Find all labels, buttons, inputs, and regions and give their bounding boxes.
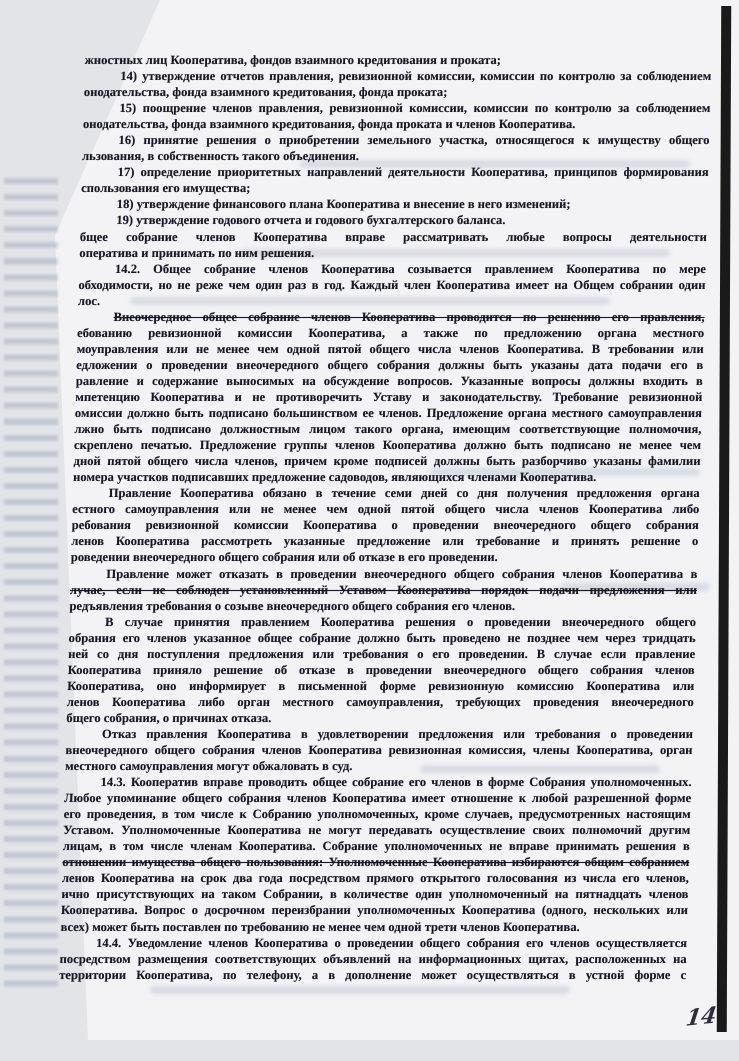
text-line: дной пятой общего числа членов, причем к… xyxy=(73,453,700,469)
text-line: Любое упоминание общего собрания членов … xyxy=(64,790,691,806)
text-line: ебованию ревизионной комиссии Кооператив… xyxy=(77,325,704,341)
text-line: 15) поощрение членов правления, ревизион… xyxy=(83,100,710,116)
scanned-page: жностных лиц Кооператива, фондов взаимно… xyxy=(0,0,739,1061)
text-line: территории Кооператива, по телефону, а в… xyxy=(59,967,686,983)
text-line: лжно быть подписано должностным лицом та… xyxy=(74,421,701,437)
text-line: ленов Кооператива рассмотреть указанные … xyxy=(71,533,698,549)
text-line: обрания его членов указанное общее собра… xyxy=(68,630,695,646)
text-line: мпетенцию Кооператива и не противоречить… xyxy=(75,389,702,405)
text-line: Правление может отказать в проведении вн… xyxy=(70,566,697,582)
text-line: 16) принятие решения о приобретении земе… xyxy=(82,132,709,148)
text-line: онодательства, фонда взаимного кредитова… xyxy=(83,116,710,132)
bleed-through-mark xyxy=(150,986,570,994)
text-line: льзования, в собственность такого объеди… xyxy=(82,148,709,164)
text-line: бщего собрания, о причинах отказа. xyxy=(66,710,693,726)
text-line: Отказ правления Кооператива в удовлетвор… xyxy=(66,726,693,742)
document-text: жностных лиц Кооператива, фондов взаимно… xyxy=(59,52,712,983)
text-line: моуправления или не менее чем одной пято… xyxy=(76,341,703,357)
handwritten-page-number: 14 xyxy=(684,1002,718,1032)
text-line: роведении внеочередного общего собрания … xyxy=(71,549,698,565)
text-line: 14.3. Кооператив вправе проводить общее … xyxy=(64,774,691,790)
text-line: ленов Кооператива на срок два года посре… xyxy=(62,870,689,886)
text-line: посредством размещения соответствующих о… xyxy=(59,951,686,967)
text-line: редъявления требования о созыве внеочере… xyxy=(69,598,696,614)
text-line: 18) утверждение финансового плана Коопер… xyxy=(81,196,708,212)
text-line: обходимости, но не реже чем один раз в г… xyxy=(78,277,705,293)
text-line: его проведения, в том числе к Собранию у… xyxy=(63,806,690,822)
text-line: всех) может быть поставлен по требованию… xyxy=(60,919,687,935)
text-line: равление и содержание выносимых на обсуж… xyxy=(76,373,703,389)
text-line: Кооператива. Вопрос о досрочном переизбр… xyxy=(61,902,688,918)
text-line: естного самоуправления или не менее чем … xyxy=(72,501,699,517)
text-line: 14.2. Общее собрание членов Кооператива … xyxy=(79,261,706,277)
text-line: омиссии должно быть подписано большинств… xyxy=(75,405,702,421)
text-line: скреплено печатью. Предложение группы чл… xyxy=(74,437,701,453)
text-line: ней со дня поступления предложения или т… xyxy=(68,646,695,662)
text-line: лучае, если не соблюден установленный Ус… xyxy=(70,582,697,598)
text-line: лос. xyxy=(78,293,705,309)
text-line: жностных лиц Кооператива, фондов взаимно… xyxy=(85,52,712,68)
text-line: номера участков подписавших предложение … xyxy=(73,469,700,485)
text-line: внеочередного общего собрания членов Коо… xyxy=(65,742,692,758)
text-line: Уставом. Уполномоченные Кооператива не м… xyxy=(63,822,690,838)
text-line: Кооператива, оно информирует в письменно… xyxy=(67,678,694,694)
text-line: Правление Кооператива обязано в течение … xyxy=(72,485,699,501)
text-line: 14) утверждение отчетов правления, ревиз… xyxy=(84,68,711,84)
text-line: местного самоуправления могут обжаловать… xyxy=(65,758,692,774)
text-line: 19) утверждение годового отчета и годово… xyxy=(80,212,707,228)
text-line: бщее собрание членов Кооператива вправе … xyxy=(80,229,707,245)
text-line: отношении имущества общего пользования: … xyxy=(62,854,689,870)
text-line: оператива и принимать по ним решения. xyxy=(79,245,706,261)
text-line: онодательства, фонда взаимного кредитова… xyxy=(84,84,711,100)
text-line: Кооператива приняло решение об отказе в … xyxy=(68,662,695,678)
text-line: В случае принятия правлением Кооператива… xyxy=(69,614,696,630)
text-line: ично присутствующих на таком Собрании, в… xyxy=(61,886,688,902)
text-line: ребования ревизионной комиссии Кооперати… xyxy=(72,517,699,533)
text-line: едложении о проведении внеочередного общ… xyxy=(76,357,703,373)
text-line: Внеочередное общее собрание членов Коопе… xyxy=(77,309,704,325)
text-line: 17) определение приоритетных направлений… xyxy=(81,164,708,180)
text-line: спользования его имущества; xyxy=(81,180,708,196)
bleed-through-left-margin xyxy=(4,178,58,990)
text-line: лицам, в том числе членам Кооператива. С… xyxy=(63,838,690,854)
text-line: 14.4. Уведомление членов Кооператива о п… xyxy=(60,935,687,951)
text-line: ленов Кооператива либо орган местного са… xyxy=(67,694,694,710)
